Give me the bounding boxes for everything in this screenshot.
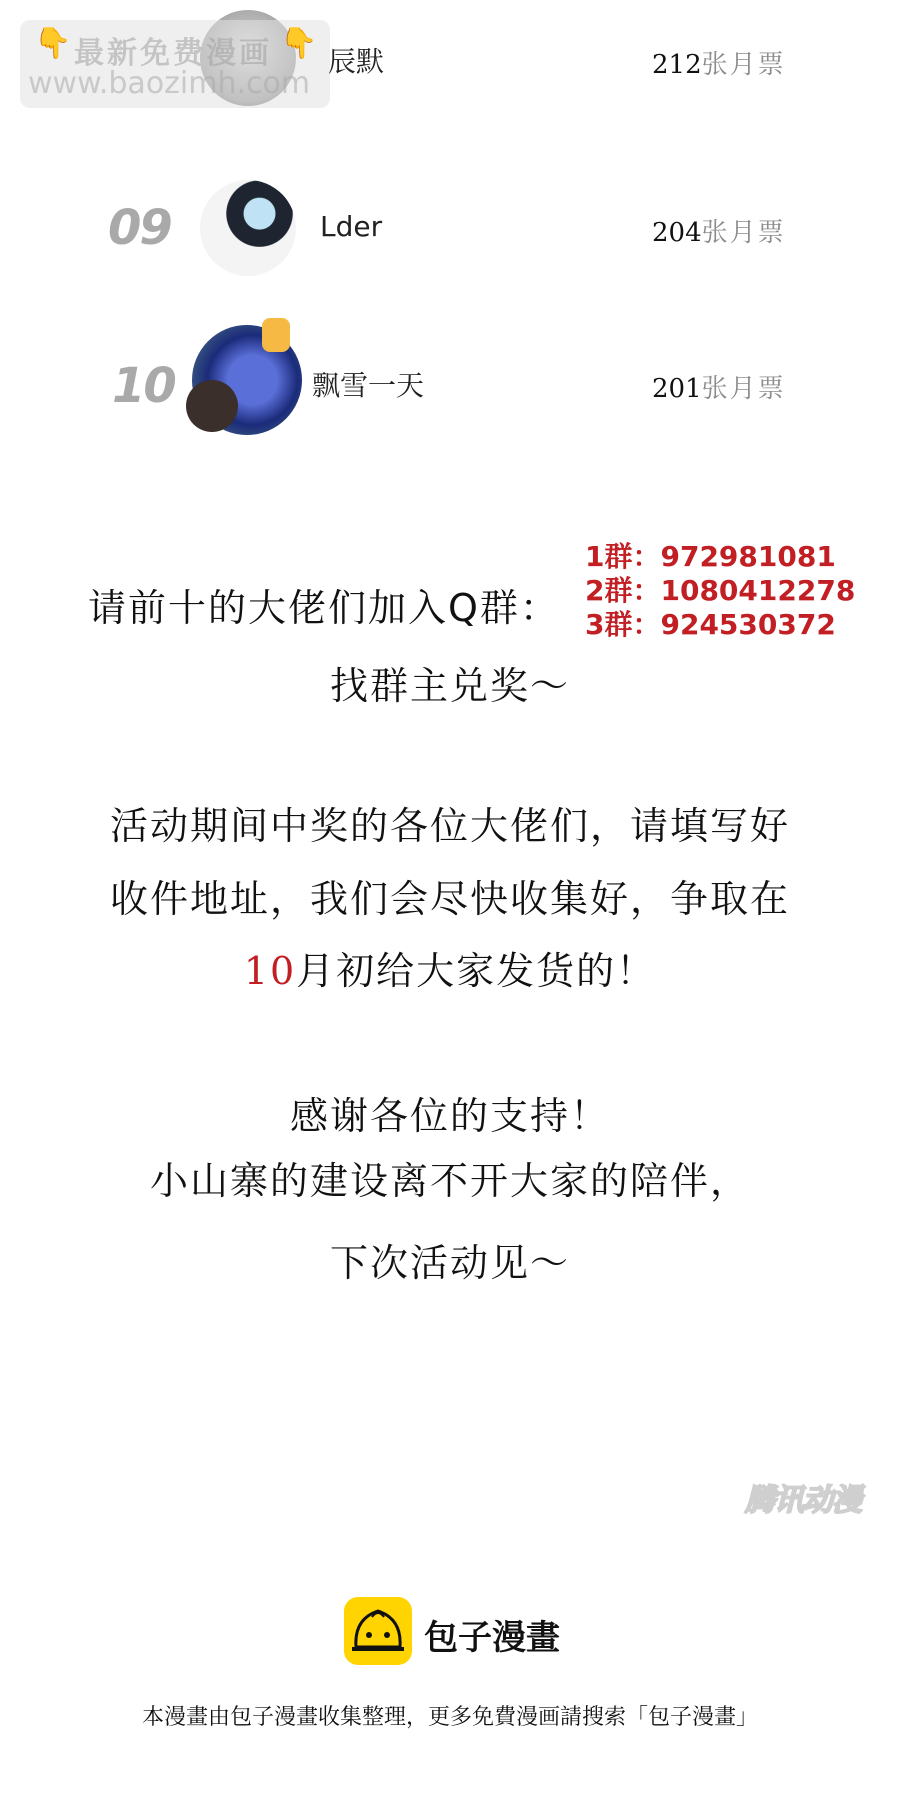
- vote-unit: 张月票: [702, 218, 786, 248]
- rank-number: 09: [108, 200, 171, 256]
- vote-count: 212张月票: [652, 44, 786, 81]
- avatar-rank-09: [200, 180, 296, 276]
- month-highlight: 10: [244, 949, 296, 993]
- watermark-url: www.baozimh.com: [28, 66, 310, 101]
- brand-name: 包子漫畫: [424, 1610, 560, 1659]
- lantern-icon: [262, 318, 290, 352]
- vote-count: 204张月票: [652, 212, 786, 249]
- paragraph-line-1: 活动期间中奖的各位大佬们，请填写好: [0, 795, 900, 850]
- user-name: 辰默: [328, 40, 384, 80]
- vote-number: 212: [652, 50, 702, 80]
- see-you-text: 下次活动见～: [0, 1232, 900, 1287]
- pointing-hand-icon: 👇: [34, 26, 71, 61]
- vote-unit: 张月票: [702, 50, 786, 80]
- vote-number: 204: [652, 218, 702, 248]
- qq-group-list: 1群：972981081 2群：1080412278 3群：924530372: [585, 540, 855, 642]
- vote-number: 201: [652, 374, 702, 404]
- footer-credit: 本漫畫由包子漫畫收集整理，更多免費漫画請搜索「包子漫畫」: [0, 1700, 900, 1731]
- join-prompt: 请前十的大佬们加入Q群：: [88, 577, 560, 632]
- companion-text: 小山寨的建设离不开大家的陪伴，: [0, 1150, 900, 1205]
- qq-group-3: 3群：924530372: [585, 608, 855, 642]
- find-owner-text: 找群主兑奖～: [0, 655, 900, 710]
- baozi-logo-icon: [344, 1597, 412, 1665]
- user-name: Lder: [320, 210, 382, 243]
- pointing-hand-icon: 👇: [280, 26, 317, 61]
- thanks-text: 感谢各位的支持！: [0, 1085, 900, 1140]
- rank-number: 10: [112, 358, 175, 414]
- qq-group-1: 1群：972981081: [585, 540, 855, 574]
- paragraph-line-2: 收件地址，我们会尽快收集好，争取在: [0, 868, 900, 923]
- vote-unit: 张月票: [702, 374, 786, 404]
- user-name: 飘雪一天: [312, 364, 424, 404]
- qq-group-2: 2群：1080412278: [585, 574, 855, 608]
- tencent-comics-watermark: 腾讯动漫: [745, 1475, 861, 1519]
- paragraph-line-3: 10月初给大家发货的！: [0, 940, 900, 995]
- penguin-mascot-icon: [186, 380, 238, 432]
- vote-count: 201张月票: [652, 368, 786, 405]
